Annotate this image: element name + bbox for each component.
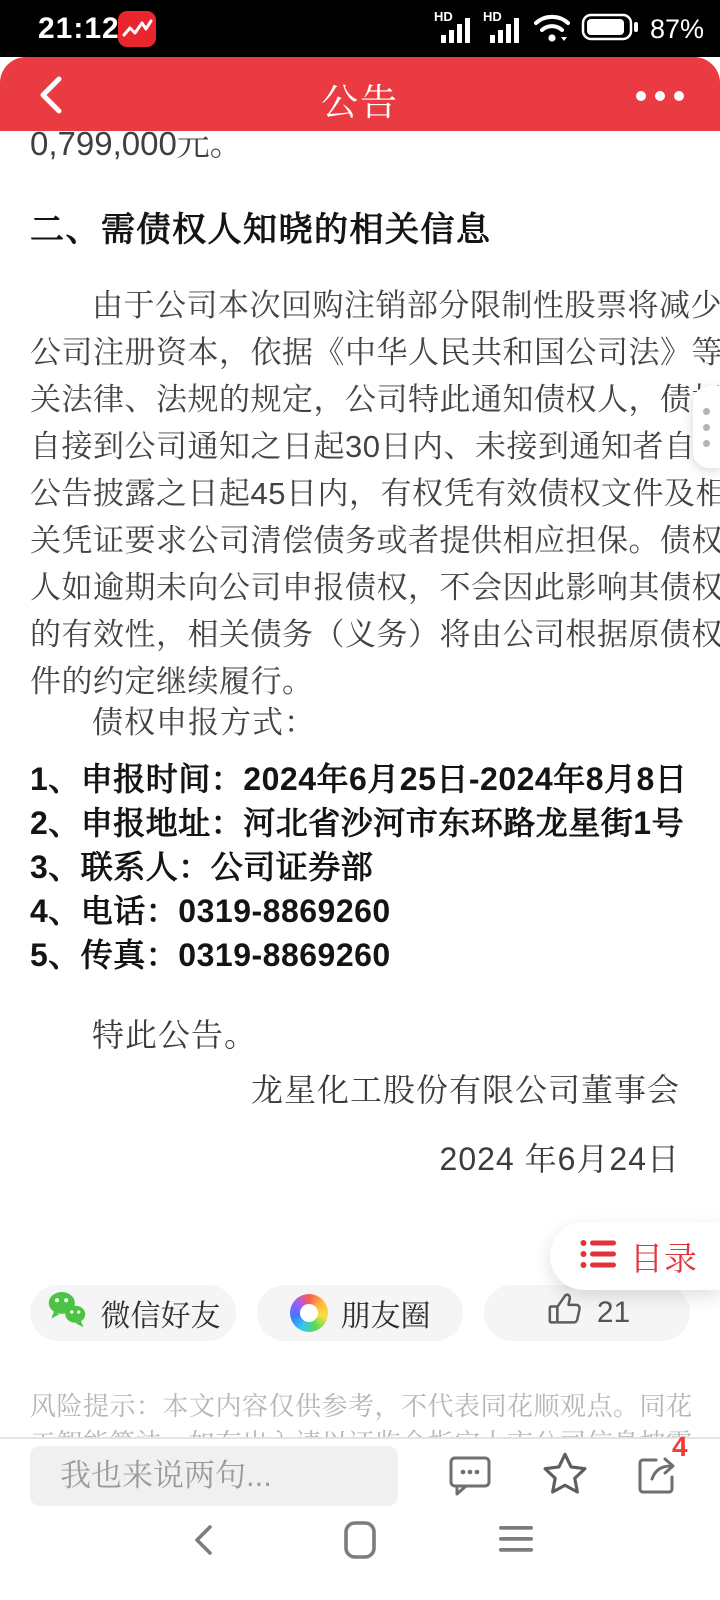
android-nav-bar	[0, 1512, 720, 1600]
disclaimer-line: 工智能算法，如有出入请以证监会指定上市公司信息披露平台为准，如有投资者	[30, 1425, 692, 1437]
claim-item: 2、申报地址：河北省沙河市东环路龙星街1号	[30, 801, 687, 845]
comment-input[interactable]	[30, 1446, 398, 1506]
claim-item: 4、电话：0319-8869260	[30, 889, 687, 933]
paragraph-line: 人如逾期未向公司申报债权，不会因此影响其债权	[30, 564, 692, 611]
share-wechat-button[interactable]: 微信好友	[30, 1285, 236, 1341]
nav-back-icon[interactable]	[186, 1520, 222, 1565]
announcement-paragraph: 由于公司本次回购注销部分限制性股票将减少公司注册资本，依据《中华人民共和国公司法…	[30, 282, 692, 705]
status-bar: 21:12 HD HD	[0, 0, 720, 57]
toc-label: 目录	[630, 1233, 698, 1280]
table-of-contents-button[interactable]: 目录	[550, 1222, 720, 1290]
disclaimer-line: 风险提示：本文内容仅供参考，不代表同花顺观点。同花顺各类信息服务基于人	[30, 1388, 692, 1425]
paragraph-line: 的有效性，相关债务（义务）将由公司根据原债权文	[30, 611, 692, 658]
battery-percent: 87%	[650, 14, 704, 45]
paragraph-line: 公司注册资本，依据《中华人民共和国公司法》等相	[30, 329, 692, 376]
paragraph-line: 关凭证要求公司清偿债务或者提供相应担保。债权	[30, 517, 692, 564]
thumbs-up-icon	[544, 1289, 584, 1337]
list-icon	[580, 1237, 616, 1276]
cell-signal-hd-icon-1: HD	[434, 9, 474, 50]
share-count-badge: 4	[672, 1431, 688, 1463]
claim-method-label: 债权申报方式：	[92, 697, 316, 742]
paragraph-line: 关法律、法规的规定，公司特此通知债权人，债权人	[30, 376, 692, 423]
wifi-icon	[532, 10, 572, 49]
svg-text:HD: HD	[434, 9, 453, 24]
battery-icon	[581, 11, 641, 48]
more-options-button[interactable]	[636, 91, 684, 101]
wechat-icon	[46, 1289, 88, 1337]
page-title: 公告	[0, 72, 720, 126]
claim-item: 3、联系人：公司证券部	[30, 845, 687, 889]
claim-item: 1、申报时间：2024年6月25日-2024年8月8日	[30, 757, 687, 801]
share-bar: 微信好友 朋友圈 21	[0, 1285, 720, 1341]
issuer-signature: 龙星化工股份有限公司董事会	[251, 1065, 680, 1111]
app-header: 公告	[0, 57, 720, 131]
favorite-star-icon[interactable]	[538, 1447, 592, 1506]
share-moments-button[interactable]: 朋友圈	[257, 1285, 463, 1341]
svg-text:HD: HD	[483, 9, 502, 24]
paragraph-line: 自接到公司通知之日起30日内、未接到通知者自本	[30, 423, 692, 470]
moments-icon	[290, 1294, 328, 1332]
comments-bubble-icon[interactable]	[446, 1451, 494, 1504]
paragraph-line: 公告披露之日起45日内，有权凭有效债权文件及相	[30, 470, 692, 517]
stock-app-notification-icon	[118, 11, 156, 47]
paragraph-line: 由于公司本次回购注销部分限制性股票将减少	[30, 282, 692, 329]
section-heading: 二、需债权人知晓的相关信息	[30, 202, 492, 251]
like-count: 21	[597, 1296, 630, 1330]
cell-signal-hd-icon-2: HD	[483, 9, 523, 50]
nav-home-icon[interactable]	[340, 1518, 380, 1567]
claim-method-list: 1、申报时间：2024年6月25日-2024年8月8日2、申报地址：河北省沙河市…	[30, 757, 687, 977]
like-button[interactable]: 21	[484, 1285, 690, 1341]
closing-line: 特此公告。	[92, 1010, 257, 1056]
announcement-date: 2024 年6月24日	[440, 1134, 680, 1180]
claim-item: 5、传真：0319-8869260	[30, 933, 687, 977]
clock-time: 21:12	[38, 12, 120, 46]
nav-recents-icon[interactable]	[494, 1521, 538, 1564]
comment-bar: 4	[0, 1439, 720, 1512]
risk-disclaimer: 风险提示：本文内容仅供参考，不代表同花顺观点。同花顺各类信息服务基于人 工智能算…	[30, 1388, 692, 1437]
share-wechat-label: 微信好友	[101, 1291, 221, 1335]
side-drawer-handle[interactable]	[693, 386, 720, 468]
share-moments-label: 朋友圈	[341, 1291, 431, 1335]
